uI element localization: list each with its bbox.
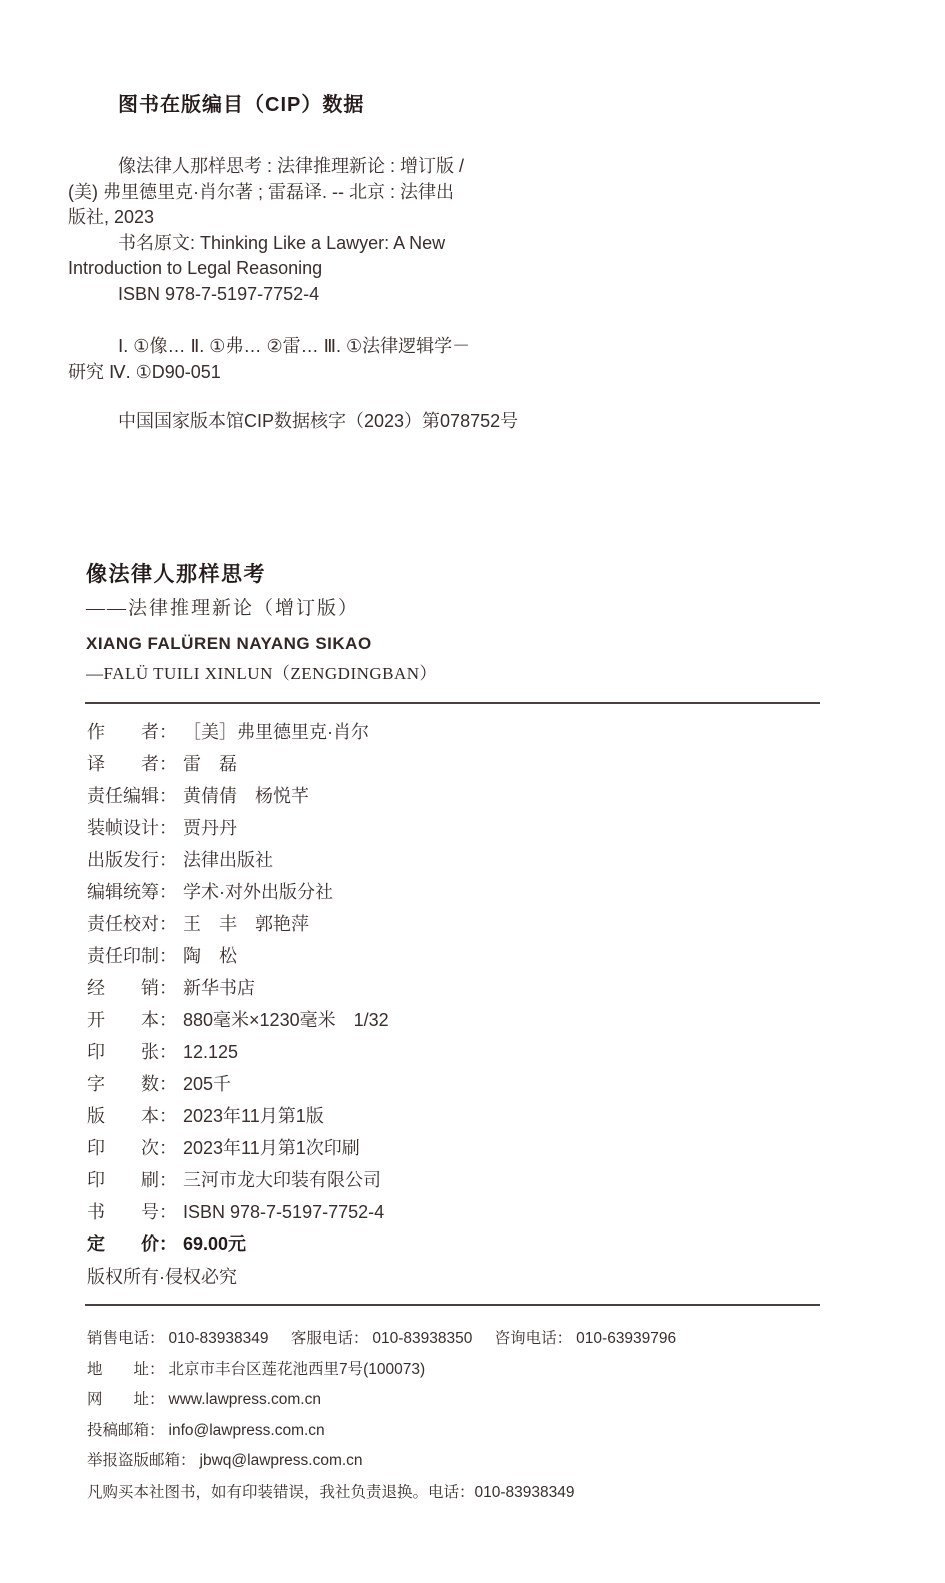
colophon-label: 印 刷： bbox=[87, 1164, 177, 1196]
colophon-row-proofreader: 责任校对：王 丰 郭艳萍 bbox=[87, 908, 389, 940]
cip-line: (美) 弗里德里克·肖尔著 ; 雷磊译. -- 北京 : 法律出 bbox=[68, 180, 628, 206]
cip-original-title-line: Introduction to Legal Reasoning bbox=[68, 256, 628, 282]
contact-label: 销售电话： bbox=[87, 1324, 165, 1355]
colophon-value: 三河市龙大印装有限公司 bbox=[183, 1170, 381, 1190]
cip-line: 版社, 2023 bbox=[68, 205, 628, 231]
colophon-value: 205千 bbox=[183, 1074, 231, 1094]
website-url: www.lawpress.com.cn bbox=[169, 1391, 321, 1408]
colophon-value: 2023年11月第1次印刷 bbox=[183, 1138, 360, 1158]
colophon-label: 责任印制： bbox=[87, 940, 177, 972]
colophon-label: 编辑统筹： bbox=[87, 876, 177, 908]
colophon-label: 书 号： bbox=[87, 1196, 177, 1228]
book-pinyin-title: XIANG FALÜREN NAYANG SIKAO bbox=[86, 633, 437, 655]
cip-record-number-line: 中国国家版本馆CIP数据核字（2023）第078752号 bbox=[68, 409, 628, 435]
colophon-label: 作 者： bbox=[87, 716, 177, 748]
contact-label: 地 址： bbox=[87, 1355, 165, 1386]
colophon-row-translator: 译 者：雷 磊 bbox=[87, 748, 389, 780]
colophon-label: 出版发行： bbox=[87, 844, 177, 876]
colophon-row-printer: 印 刷：三河市龙大印装有限公司 bbox=[87, 1164, 389, 1196]
book-subtitle: ——法律推理新论（增订版） bbox=[86, 597, 437, 621]
colophon-value: 陶 松 bbox=[183, 946, 237, 966]
colophon-label: 译 者： bbox=[87, 748, 177, 780]
colophon-value: 黄倩倩 杨悦芊 bbox=[183, 786, 309, 806]
contact-label: 咨询电话： bbox=[495, 1324, 573, 1355]
title-block: 像法律人那样思考 ——法律推理新论（增订版） XIANG FALÜREN NAY… bbox=[86, 562, 437, 685]
colophon-list: 作 者：［美］弗里德里克·肖尔 译 者：雷 磊 责任编辑：黄倩倩 杨悦芊 装帧设… bbox=[87, 716, 389, 1293]
copyright-notice: 版权所有·侵权必究 bbox=[87, 1261, 389, 1293]
contact-label: 网 址： bbox=[87, 1385, 165, 1416]
cip-original-title-line: 书名原文: Thinking Like a Lawyer: A New bbox=[68, 231, 628, 257]
cip-heading: 图书在版编目（CIP）数据 bbox=[118, 92, 628, 118]
colophon-value: 学术·对外出版分社 bbox=[183, 882, 333, 902]
colophon-value: 880毫米×1230毫米 1/32 bbox=[183, 1010, 389, 1030]
cip-classification-line: Ⅰ. ①像… Ⅱ. ①弗… ②雷… Ⅲ. ①法律逻辑学－ bbox=[68, 334, 628, 360]
book-title: 像法律人那样思考 bbox=[86, 562, 437, 588]
contact-row-address: 地 址：北京市丰台区莲花池西里7号(100073) bbox=[87, 1355, 877, 1386]
colophon-label: 责任校对： bbox=[87, 908, 177, 940]
contact-row-piracy-report-email: 举报盗版邮箱：jbwq@lawpress.com.cn bbox=[87, 1446, 877, 1477]
service-phone: 客服电话：010-83938350 bbox=[291, 1330, 473, 1347]
colophon-row-format: 开 本：880毫米×1230毫米 1/32 bbox=[87, 1004, 389, 1036]
colophon-label: 装帧设计： bbox=[87, 812, 177, 844]
contact-label: 举报盗版邮箱： bbox=[87, 1446, 196, 1477]
contact-label: 客服电话： bbox=[291, 1324, 369, 1355]
colophon-label: 定 价： bbox=[87, 1228, 177, 1260]
email-address: jbwq@lawpress.com.cn bbox=[200, 1452, 363, 1469]
colophon-label: 开 本： bbox=[87, 1004, 177, 1036]
colophon-value: 新华书店 bbox=[183, 978, 255, 998]
cip-line: 像法律人那样思考 : 法律推理新论 : 增订版 / bbox=[68, 154, 628, 180]
cip-classification-line: 研究 Ⅳ. ①D90-051 bbox=[68, 360, 628, 386]
colophon-value: 69.00元 bbox=[183, 1234, 246, 1254]
return-policy-note: 凡购买本社图书，如有印装错误，我社负责退换。电话：010-83938349 bbox=[87, 1478, 877, 1509]
colophon-row-author: 作 者：［美］弗里德里克·肖尔 bbox=[87, 716, 389, 748]
contact-value: 010-83938349 bbox=[169, 1330, 269, 1347]
colophon-row-printing: 印 次：2023年11月第1次印刷 bbox=[87, 1132, 389, 1164]
colophon-row-designer: 装帧设计：贾丹丹 bbox=[87, 812, 389, 844]
colophon-value: ［美］弗里德里克·肖尔 bbox=[183, 722, 369, 742]
colophon-row-publisher: 出版发行：法律出版社 bbox=[87, 844, 389, 876]
inquiry-phone: 咨询电话：010-63939796 bbox=[495, 1330, 677, 1347]
colophon-row-print-supervisor: 责任印制：陶 松 bbox=[87, 940, 389, 972]
cip-data-block: 图书在版编目（CIP）数据 像法律人那样思考 : 法律推理新论 : 增订版 / … bbox=[68, 92, 628, 435]
contact-label: 投稿邮箱： bbox=[87, 1416, 165, 1447]
contact-row-phones: 销售电话：010-83938349 客服电话：010-83938350 咨询电话… bbox=[87, 1324, 877, 1355]
contact-block: 销售电话：010-83938349 客服电话：010-83938350 咨询电话… bbox=[87, 1324, 877, 1508]
colophon-row-sheets: 印 张：12.125 bbox=[87, 1036, 389, 1068]
colophon-value: 雷 磊 bbox=[183, 754, 237, 774]
colophon-value: 法律出版社 bbox=[183, 850, 273, 870]
colophon-row-distributor: 经 销：新华书店 bbox=[87, 972, 389, 1004]
contact-row-submission-email: 投稿邮箱：info@lawpress.com.cn bbox=[87, 1416, 877, 1447]
divider-rule-bottom bbox=[85, 1304, 820, 1306]
colophon-row-edition: 版 本：2023年11月第1版 bbox=[87, 1100, 389, 1132]
colophon-row-isbn: 书 号：ISBN 978-7-5197-7752-4 bbox=[87, 1196, 389, 1228]
contact-value: 010-63939796 bbox=[576, 1330, 676, 1347]
colophon-label: 印 张： bbox=[87, 1036, 177, 1068]
email-address: info@lawpress.com.cn bbox=[169, 1422, 325, 1439]
colophon-value: 贾丹丹 bbox=[183, 818, 237, 838]
colophon-label: 经 销： bbox=[87, 972, 177, 1004]
contact-value: 010-83938350 bbox=[372, 1330, 472, 1347]
colophon-row-price: 定 价：69.00元 bbox=[87, 1228, 389, 1260]
divider-rule-top bbox=[85, 702, 820, 704]
book-pinyin-subtitle: —FALÜ TUILI XINLUN（ZENGDINGBAN） bbox=[86, 663, 437, 685]
colophon-value: 王 丰 郭艳萍 bbox=[183, 914, 309, 934]
colophon-label: 版 本： bbox=[87, 1100, 177, 1132]
colophon-value: 12.125 bbox=[183, 1042, 238, 1062]
colophon-row-wordcount: 字 数：205千 bbox=[87, 1068, 389, 1100]
contact-row-website: 网 址：www.lawpress.com.cn bbox=[87, 1385, 877, 1416]
contact-value: 北京市丰台区莲花池西里7号(100073) bbox=[169, 1361, 426, 1378]
colophon-label: 印 次： bbox=[87, 1132, 177, 1164]
book-copyright-page: 图书在版编目（CIP）数据 像法律人那样思考 : 法律推理新论 : 增订版 / … bbox=[0, 0, 945, 1583]
colophon-value: ISBN 978-7-5197-7752-4 bbox=[183, 1202, 384, 1222]
colophon-label: 责任编辑： bbox=[87, 780, 177, 812]
cip-isbn-line: ISBN 978-7-5197-7752-4 bbox=[68, 282, 628, 308]
sales-phone: 销售电话：010-83938349 bbox=[87, 1330, 269, 1347]
colophon-value: 2023年11月第1版 bbox=[183, 1106, 324, 1126]
colophon-label: 字 数： bbox=[87, 1068, 177, 1100]
colophon-row-coordinator: 编辑统筹：学术·对外出版分社 bbox=[87, 876, 389, 908]
colophon-row-editor: 责任编辑：黄倩倩 杨悦芊 bbox=[87, 780, 389, 812]
